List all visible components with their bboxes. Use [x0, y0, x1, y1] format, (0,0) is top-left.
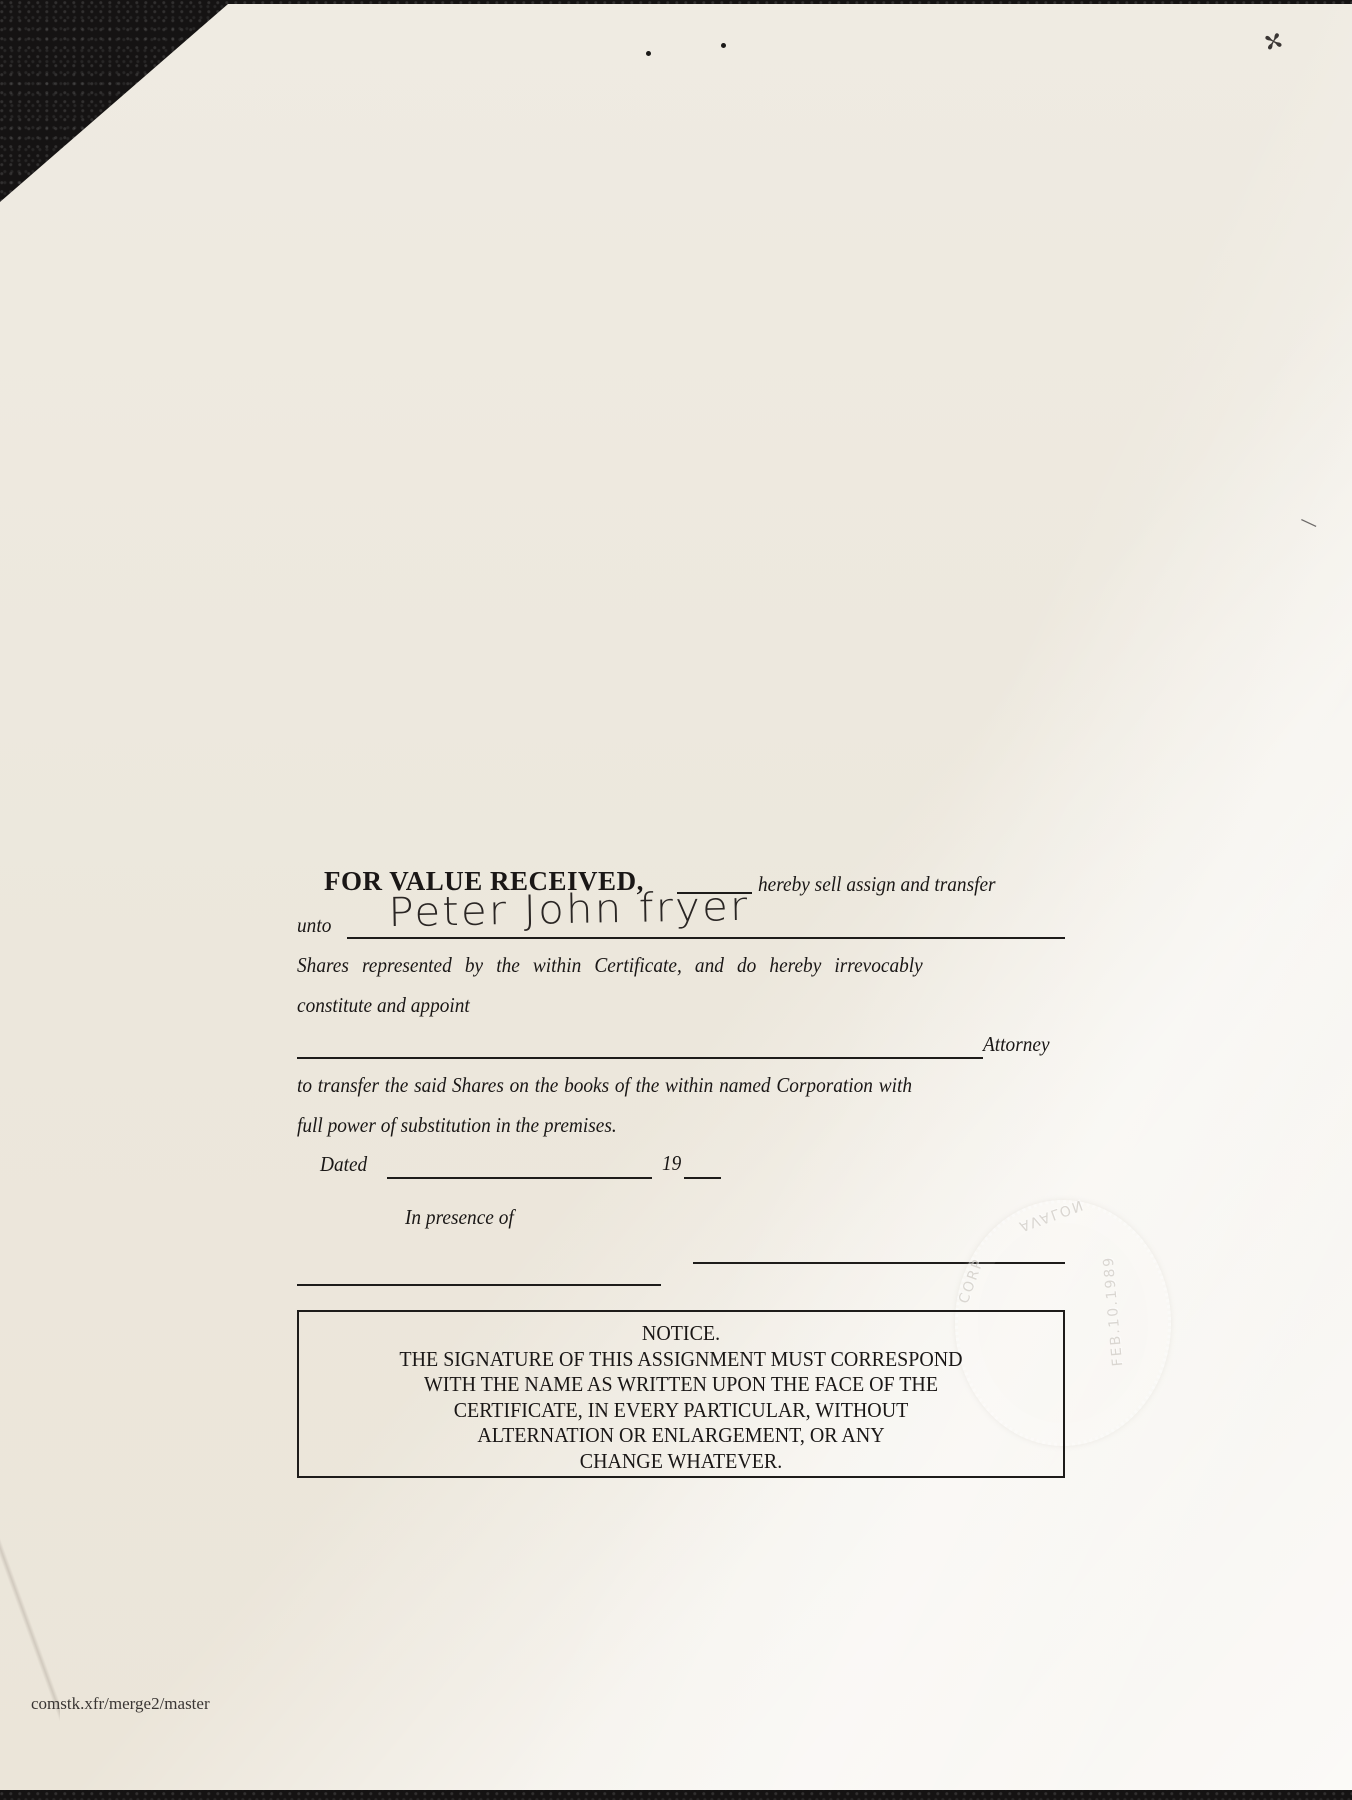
tear-mark-icon: ✢ [1257, 25, 1288, 59]
assignee-line[interactable] [347, 937, 1065, 939]
substitution-text: full power of substitution in the premis… [297, 1113, 617, 1138]
constitute-appoint-text: constitute and appoint [297, 993, 470, 1018]
seal-date-text: FEB.10.1989 [1101, 1255, 1127, 1367]
shares-represented-text: Shares represented by the within Certifi… [297, 953, 923, 978]
year-prefix: 19 [662, 1151, 681, 1176]
notice-line: CHANGE WHATEVER. [318, 1449, 1044, 1475]
notice-line: WITH THE NAME AS WRITTEN UPON THE FACE O… [318, 1372, 1044, 1398]
print-mark-dot [646, 51, 651, 56]
form-code-footer: comstk.xfr/merge2/master [31, 1694, 210, 1714]
tear-mark-icon: — [1296, 509, 1321, 536]
notice-line: CERTIFICATE, IN EVERY PARTICULAR, WITHOU… [318, 1398, 1044, 1424]
attorney-name-line[interactable] [297, 1057, 983, 1059]
date-line[interactable] [387, 1177, 652, 1179]
witness-signature-line[interactable] [297, 1284, 661, 1286]
in-presence-of-label: In presence of [405, 1205, 514, 1230]
unto-label: unto [297, 913, 331, 938]
notice-title: NOTICE. [318, 1321, 1044, 1347]
notice-line: THE SIGNATURE OF THIS ASSIGNMENT MUST CO… [318, 1347, 1044, 1373]
print-mark-dot [721, 43, 726, 48]
year-suffix-line[interactable] [684, 1177, 721, 1179]
dated-label: Dated [320, 1152, 367, 1177]
attorney-label: Attorney [983, 1032, 1050, 1057]
notice-box: NOTICE. THE SIGNATURE OF THIS ASSIGNMENT… [297, 1310, 1065, 1478]
assignee-handwritten-name: Peter John fryer [388, 884, 750, 936]
transfer-books-text: to transfer the said Shares on the books… [297, 1073, 912, 1098]
transfer-clause-text: hereby sell assign and transfer [758, 872, 996, 897]
paper-crease [0, 1460, 60, 1800]
notice-line: ALTERNATION OR ENLARGEMENT, OR ANY [318, 1423, 1044, 1449]
